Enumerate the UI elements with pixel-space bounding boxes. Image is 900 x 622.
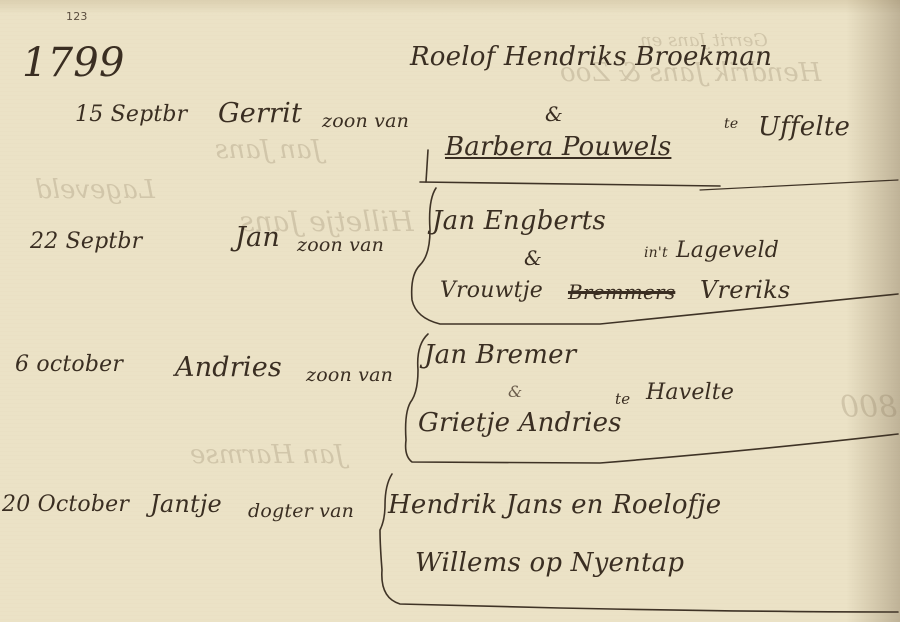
register-rule-lines: [0, 0, 900, 622]
manuscript-page: Gerrit Jans en Hendrik Jans & Zoo Jan Ja…: [0, 0, 900, 622]
